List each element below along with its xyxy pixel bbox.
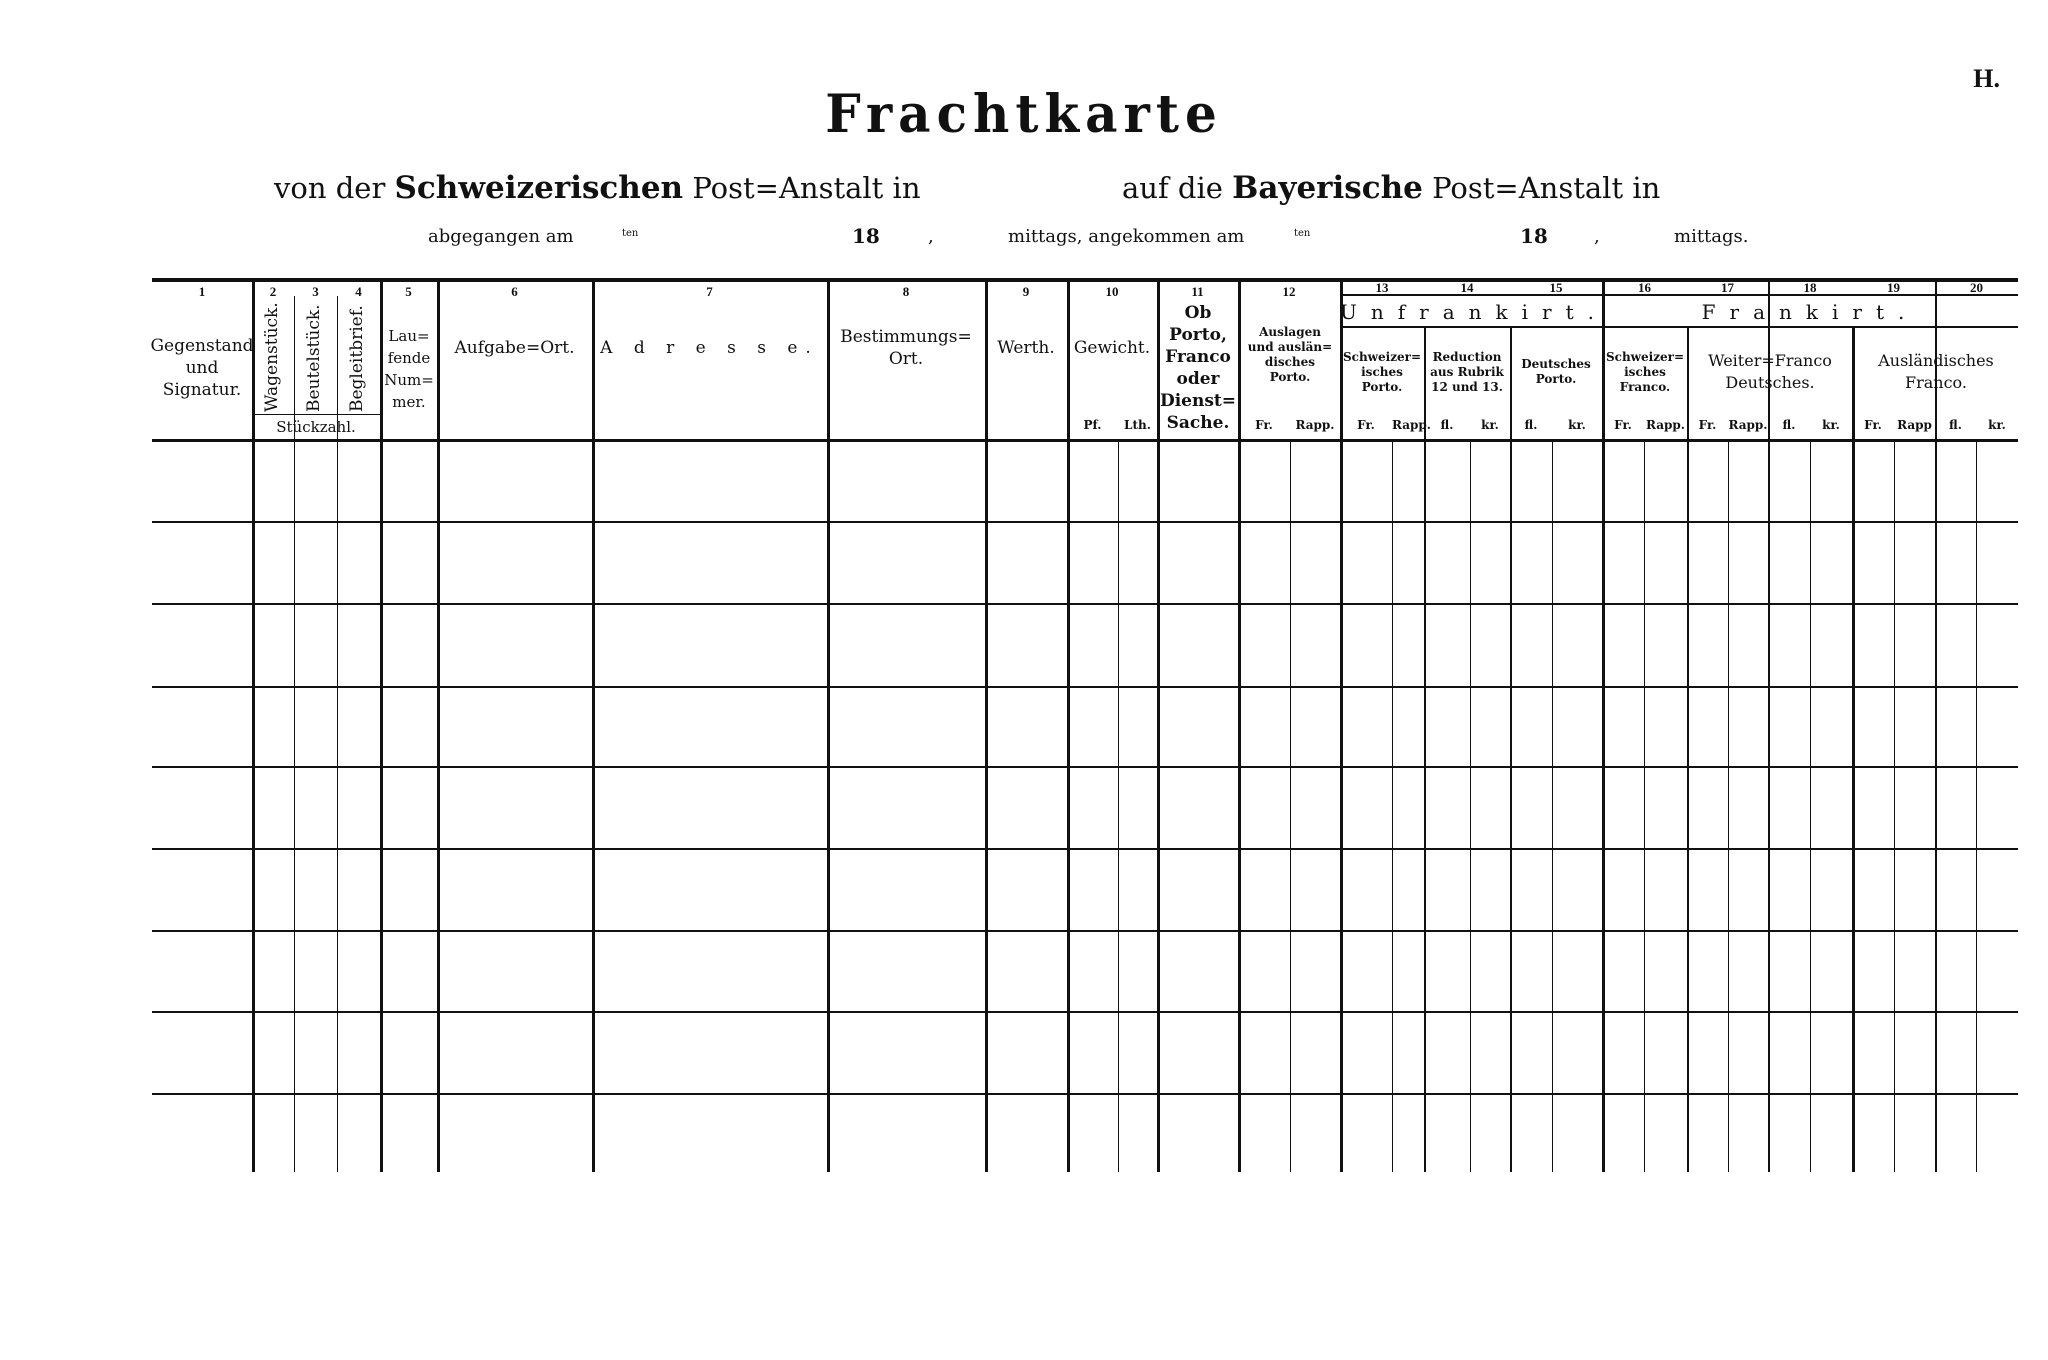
header-stueckzahl: Stückzahl. bbox=[252, 416, 380, 438]
unit-label: kr. bbox=[1810, 418, 1852, 432]
col-number: 16 bbox=[1602, 280, 1687, 296]
header-adresse: A d r e s s e. bbox=[592, 298, 827, 398]
unit-label: Fr. bbox=[1340, 418, 1392, 432]
destination-suffix: Post=Anstalt in bbox=[1432, 171, 1660, 205]
unit-label: Fr. bbox=[1687, 418, 1728, 432]
unit-label: Rapp. bbox=[1392, 418, 1424, 432]
origin-country: Schweizerischen bbox=[395, 170, 684, 206]
arrived-year-prefix: 18 bbox=[1520, 224, 1548, 248]
header-bestimmungs-ort: Bestimmungs= Ort. bbox=[842, 298, 970, 398]
unit-label: kr. bbox=[1470, 418, 1510, 432]
col-number: 5 bbox=[380, 284, 437, 300]
col-number: 18 bbox=[1768, 280, 1852, 296]
page-title: Frachtkarte bbox=[0, 83, 2048, 145]
header-gewicht: Gewicht. bbox=[1067, 298, 1157, 398]
arrived-day-suffix: ten bbox=[1294, 228, 1310, 239]
unit-label: Rapp. bbox=[1644, 418, 1687, 432]
unit-label: Pf. bbox=[1067, 418, 1118, 432]
col-number: 3 bbox=[294, 284, 337, 300]
unit-label: fl. bbox=[1935, 418, 1976, 432]
unit-label: fl. bbox=[1424, 418, 1470, 432]
unit-label: Rapp. bbox=[1728, 418, 1768, 432]
table-row[interactable] bbox=[152, 1095, 2018, 1172]
arrived-time-label: mittags. bbox=[1674, 226, 1749, 247]
header-porto-franco-dienst: Ob Porto, Franco oder Dienst= Sache. bbox=[1162, 298, 1234, 438]
header-gegenstand: Gegenstand und Signatur. bbox=[152, 298, 252, 438]
departed-year-prefix: 18 bbox=[852, 224, 880, 248]
header-auslagen: Auslagen und auslän= disches Porto. bbox=[1246, 300, 1334, 410]
unit-label: kr. bbox=[1976, 418, 2018, 432]
col-number: 4 bbox=[337, 284, 380, 300]
unit-label: Fr. bbox=[1852, 418, 1894, 432]
unit-label: Rapp bbox=[1894, 418, 1935, 432]
header-weiter-franco: Weiter=Franco Deutsches. bbox=[1692, 332, 1848, 412]
header-aufgabe-ort: Aufgabe=Ort. bbox=[437, 298, 592, 398]
origin-line: von der Schweizerischen Post=Anstalt in bbox=[274, 170, 921, 206]
unit-label: Fr. bbox=[1602, 418, 1644, 432]
table-row[interactable] bbox=[152, 688, 2018, 766]
table-row[interactable] bbox=[152, 850, 2018, 930]
header-begleitbrief: Begleitbrief. bbox=[347, 306, 371, 412]
unit-label: fl. bbox=[1510, 418, 1552, 432]
col-number: 14 bbox=[1424, 280, 1510, 296]
header-deutsches-porto: Deutsches Porto. bbox=[1514, 332, 1598, 412]
col-number: 19 bbox=[1852, 280, 1935, 296]
freight-table: 1 2 3 4 5 6 7 8 9 10 11 12 13 14 15 16 1… bbox=[152, 278, 2018, 1178]
origin-prefix: von der bbox=[274, 171, 385, 205]
table-row[interactable] bbox=[152, 605, 2018, 686]
col-number: 2 bbox=[252, 284, 294, 300]
header-laufende-nummer: Lau= fende Num= mer. bbox=[382, 302, 436, 436]
frankirt-band: Frankirt. bbox=[1602, 300, 2018, 324]
col-number: 13 bbox=[1340, 280, 1424, 296]
unit-label: Rapp. bbox=[1290, 418, 1340, 432]
col-number: 20 bbox=[1935, 280, 2018, 296]
destination-country: Bayerische bbox=[1232, 170, 1423, 206]
col-number: 15 bbox=[1510, 280, 1602, 296]
unit-label: fl. bbox=[1768, 418, 1810, 432]
departed-comma: , bbox=[928, 226, 934, 247]
table-row[interactable] bbox=[152, 523, 2018, 603]
departed-day-suffix: ten bbox=[622, 228, 638, 239]
unit-label: Fr. bbox=[1238, 418, 1290, 432]
header-werth: Werth. bbox=[985, 298, 1067, 398]
unit-label: Lth. bbox=[1118, 418, 1157, 432]
departed-time-arrived-label: mittags, angekommen am bbox=[1008, 226, 1244, 247]
table-row[interactable] bbox=[152, 442, 2018, 521]
col-number: 12 bbox=[1238, 284, 1340, 300]
table-row[interactable] bbox=[152, 1013, 2018, 1093]
destination-prefix: auf die bbox=[1122, 171, 1223, 205]
origin-suffix: Post=Anstalt in bbox=[692, 171, 920, 205]
table-row[interactable] bbox=[152, 932, 2018, 1011]
table-row[interactable] bbox=[152, 768, 2018, 848]
destination-line: auf die Bayerische Post=Anstalt in bbox=[1122, 170, 1660, 206]
col-number: 17 bbox=[1687, 280, 1768, 296]
header-auslaendisches-franco: Ausländisches Franco. bbox=[1856, 332, 2016, 412]
header-schweizer-franco: Schweizer= isches Franco. bbox=[1606, 332, 1684, 412]
stueckzahl-rule bbox=[252, 414, 380, 415]
unfrankirt-band: Unfrankirt. bbox=[1340, 300, 1602, 324]
header-wagenstueck: Wagenstück. bbox=[262, 306, 286, 412]
unit-label: kr. bbox=[1552, 418, 1602, 432]
group-band-rule bbox=[1340, 326, 2018, 328]
header-schweizer-porto: Schweizer= isches Porto. bbox=[1344, 332, 1420, 412]
arrived-comma: , bbox=[1594, 226, 1600, 247]
departed-label: abgegangen am bbox=[428, 226, 574, 247]
header-reduction: Reduction aus Rubrik 12 und 13. bbox=[1428, 332, 1506, 412]
header-beutelstueck: Beutelstück. bbox=[304, 306, 328, 412]
